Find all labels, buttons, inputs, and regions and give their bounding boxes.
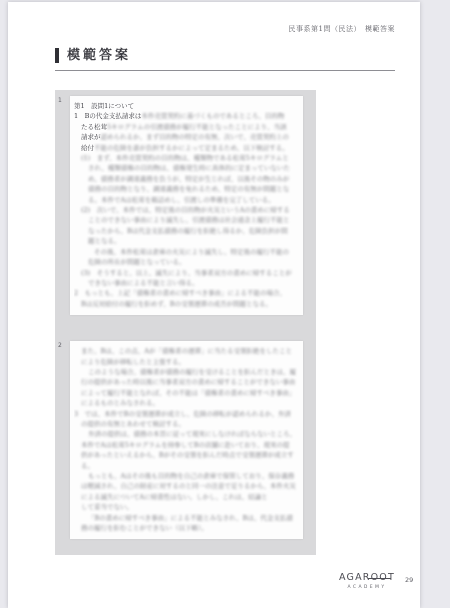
blurred-text: 本件売買契約に基づくものであるところ、目的物 xyxy=(141,112,284,120)
page-title: 模範答案 xyxy=(67,48,131,63)
answer-text-line: その後、本件松茸は倉庫の火災により滅失し、特定後の履行不能の xyxy=(74,247,299,257)
answer-text-line: Bは反対給付の履行を拒めず、Bの受領遅滞の成否が問題となる。 xyxy=(74,299,299,309)
answer-text-line: 1 Bの代金支払請求は本件売買契約に基づくものであるところ、目的物 xyxy=(74,111,299,121)
blurred-text: 認められるか、まず目的物の特定の有無、次いで、売買契約上の xyxy=(101,133,289,141)
answer-sheet: 1第1 設問1について1 Bの代金支払請求は本件売買契約に基づくものであるところ… xyxy=(70,96,303,315)
answer-text-line: (1) まず、本件売買契約の目的物は、種類物である松茸5キログラムと xyxy=(74,153,299,163)
answer-text-line: できない事由による不能と言い得る。 xyxy=(74,278,299,288)
blurred-text: 債務の目的物となり、調達義務を免れるため、特定の有無が問題とな xyxy=(88,185,289,193)
answer-text-line: 題となる。 xyxy=(74,236,299,246)
answer-text-line: 危険の所在が問題となっている。 xyxy=(74,257,299,267)
answer-text-line: 給付不能の危険を誰が負担するかによって定まるため、以下検討する。 xyxy=(74,143,299,153)
logo-text-prefix: AGAR xyxy=(339,572,371,583)
answer-sheet-page: また、Bは、この点、Aが「債権者の遅滞」に当たる受領拒絶をしたことにより危険が移… xyxy=(70,341,303,539)
blurred-text: 危険の所在が問題となっている。 xyxy=(88,258,186,266)
blurred-text: (2) 次いで、本件では、特定後の目的物が火災というAの責めに帰する xyxy=(81,206,290,214)
answer-sheet-page: 第1 設問1について1 Bの代金支払請求は本件売買契約に基づくものであるところ、… xyxy=(70,96,303,315)
blurred-text: 弁済の提供は、債務の本旨に従って現実にしなければならないところ、 xyxy=(88,430,296,438)
sheet-margin-number: 1 xyxy=(58,97,62,104)
blurred-text: 供があったといえるから、Bがその受領を拒んだ時点で受領遅滞が成立す xyxy=(81,451,294,459)
blurred-text: また、Bは、この点、Aが「債権者の遅滞」に当たる受領拒絶をしたこと xyxy=(81,347,292,355)
answer-text-line: 行の提供があった時以後に当事者双方の責めに帰することができない事由 xyxy=(74,377,299,387)
answer-text-line: により危険が移転したと主張する。 xyxy=(74,357,299,367)
answer-text-line: 務の履行を拒むことができない（以下略）。 xyxy=(74,523,299,533)
answer-text-line: たる松茸5キログラムの引渡債務が履行不能となったことにより、当該 xyxy=(74,122,299,132)
legible-text: 1 Bの代金支払請求は xyxy=(74,112,141,120)
legible-text: 給付 xyxy=(81,144,94,152)
blurred-text: 2 もっとも、上記「債権者の責めに帰すべき事由」による不能の場合、 xyxy=(74,289,286,297)
blurred-text: このような場合、債権者が債務の履行を受けることを拒んだときは、履 xyxy=(88,368,296,376)
blurred-text: Bは反対給付の履行を拒めず、Bの受領遅滞の成否が問題となる。 xyxy=(81,300,272,308)
answer-text-line: また、Bは、この点、Aが「債権者の遅滞」に当たる受領拒絶をしたこと xyxy=(74,346,299,356)
blurred-text: による滅失についてAに帰責性はない。しかし、これは、結論と xyxy=(81,493,268,501)
answer-text-line: もっとも、Aはその後も目的物を自己の倉庫で保管しており、保存義務 xyxy=(74,471,299,481)
blurred-text: 3 では、本件でBの受領遅滞が成立し、危険の移転が認められるか、弁済 xyxy=(74,410,291,418)
blurred-text: によって履行不能となれば、その不能は「債権者の責めに帰すべき事由」 xyxy=(81,389,295,397)
answer-text-line: 弁済の提供は、債務の本旨に従って現実にしなければならないところ、 xyxy=(74,429,299,439)
running-header: 民事系第1問（民法） 模範答案 xyxy=(289,24,395,34)
legible-text: 請求が xyxy=(81,133,101,141)
blurred-text: され、種類債権の目的物は、債権発生時に具体的に定まっていないた xyxy=(88,164,290,172)
blurred-text: 不能の危険を誰が負担するかによって定まるため、以下検討する。 xyxy=(94,144,289,152)
answer-text-line: 3 では、本件でBの受領遅滞が成立し、危険の移転が認められるか、弁済 xyxy=(74,409,299,419)
answer-text-line: 債務の目的物となり、調達義務を免れるため、特定の有無が問題とな xyxy=(74,184,299,194)
blurred-text: なったから、Bは代金支払債務の履行を拒絶し得るか、危険負担が問 xyxy=(88,227,288,235)
answer-text-line: る。 xyxy=(74,461,299,471)
blurred-text: して妥当でない。 xyxy=(81,503,133,511)
answer-text-line: め、債務者が調達義務を負うが、特定が生じれば、以後その物のみが xyxy=(74,174,299,184)
blurred-text: (3) そうすると、以上、滅失により、当事者双方の責めに帰することが xyxy=(81,269,292,277)
answer-text-line: 2 もっとも、上記「債権者の責めに帰すべき事由」による不能の場合、 xyxy=(74,288,299,298)
blurred-text: その後、本件松茸は倉庫の火災により滅失し、特定後の履行不能の xyxy=(94,248,289,256)
document-page: 民事系第1問（民法） 模範答案 模範答案 1第1 設問1について1 Bの代金支払… xyxy=(8,2,420,608)
answer-text-line: 「Bの責めに帰すべき事由」による不能とみなされ、Bは、代金支払債 xyxy=(74,513,299,523)
blurred-text: 行の提供があった時以後に当事者双方の責めに帰することができない事由 xyxy=(81,378,295,386)
blurred-text: 本件でAは松茸5キログラムを持参してBの店舗に赴いており、現実の提 xyxy=(81,441,290,449)
blurred-text: により危険が移転したと主張する。 xyxy=(81,358,185,366)
blurred-text: (1) まず、本件売買契約の目的物は、種類物である松茸5キログラムと xyxy=(81,154,289,162)
answer-text-line: して妥当でない。 xyxy=(74,502,299,512)
answer-text-line: なったから、Bは代金支払債務の履行を拒絶し得るか、危険負担が問 xyxy=(74,226,299,236)
answer-text-line: の提供の有無とあわせて検討する。 xyxy=(74,419,299,429)
blurred-text: 題となる。 xyxy=(88,237,121,245)
answer-text-line: による滅失についてAに帰責性はない。しかし、これは、結論と xyxy=(74,492,299,502)
logo-struck-oo: OO xyxy=(371,572,388,583)
logo-wordmark: AGAROOT xyxy=(338,572,396,583)
blurred-text: 務の履行を拒むことができない（以下略）。 xyxy=(81,524,208,532)
answer-text-line: によるものとみなされる。 xyxy=(74,398,299,408)
answer-text-line: 供があったといえるから、Bがその受領を拒んだ時点で受領遅滞が成立す xyxy=(74,450,299,460)
blurred-text: できない事由による不能と言い得る。 xyxy=(88,279,199,287)
answer-text-line: によって履行不能となれば、その不能は「債権者の責めに帰すべき事由」 xyxy=(74,388,299,398)
blurred-text: は軽減され、自己の財産に対するのと同一の注意で足りるから、本件火災 xyxy=(81,482,296,490)
blurred-text: によるものとみなされる。 xyxy=(81,399,159,407)
sheet-margin-number: 2 xyxy=(58,342,62,349)
answer-text-line: 請求が認められるか、まず目的物の特定の有無、次いで、売買契約上の xyxy=(74,132,299,142)
blurred-text: の提供の有無とあわせて検討する。 xyxy=(81,420,185,428)
agaroot-logo: AGAROOT ACADEMY xyxy=(338,572,396,590)
answer-text-line: され、種類債権の目的物は、債権発生時に具体的に定まっていないた xyxy=(74,163,299,173)
logo-academy-label: ACADEMY xyxy=(338,585,396,590)
answer-sheet: 2また、Bは、この点、Aが「債権者の遅滞」に当たる受領拒絶をしたことにより危険が… xyxy=(70,341,303,539)
answer-text-line: 本件でAは松茸5キログラムを持参してBの店舗に赴いており、現実の提 xyxy=(74,440,299,450)
blurred-text: ことのできない事由により滅失し、引渡債務は社会通念上履行不能と xyxy=(88,216,290,224)
blurred-text: もっとも、Aはその後も目的物を自己の倉庫で保管しており、保存義務 xyxy=(88,472,294,480)
answer-text-line: 第1 設問1について xyxy=(74,101,299,111)
title-accent-bar xyxy=(55,48,59,63)
blurred-text: め、債務者が調達義務を負うが、特定が生じれば、以後その物のみが xyxy=(88,175,289,183)
blurred-text: 5キログラムの引渡債務が履行不能となったことにより、当該 xyxy=(107,123,287,131)
legible-text: たる松茸 xyxy=(81,123,107,131)
blurred-text: 「Bの責めに帰すべき事由」による不能とみなされ、Bは、代金支払債 xyxy=(88,514,293,522)
answer-text-line: (3) そうすると、以上、滅失により、当事者双方の責めに帰することが xyxy=(74,268,299,278)
answer-text-line: ことのできない事由により滅失し、引渡債務は社会通念上履行不能と xyxy=(74,215,299,225)
blurred-text: る。 xyxy=(81,462,94,470)
answer-text-line: (2) 次いで、本件では、特定後の目的物が火災というAの責めに帰する xyxy=(74,205,299,215)
section-title-row: 模範答案 xyxy=(55,48,395,71)
page-number: 29 xyxy=(405,576,413,584)
blurred-text: る。本件でAは松茸を箱詰めし、引渡しの準備を完了している。 xyxy=(88,196,275,204)
answer-text-line: る。本件でAは松茸を箱詰めし、引渡しの準備を完了している。 xyxy=(74,195,299,205)
answer-panel: 1第1 設問1について1 Bの代金支払請求は本件売買契約に基づくものであるところ… xyxy=(55,90,316,555)
answer-text-line: は軽減され、自己の財産に対するのと同一の注意で足りるから、本件火災 xyxy=(74,481,299,491)
answer-text-line: このような場合、債権者が債務の履行を受けることを拒んだときは、履 xyxy=(74,367,299,377)
legible-text: 第1 設問1について xyxy=(74,102,134,110)
